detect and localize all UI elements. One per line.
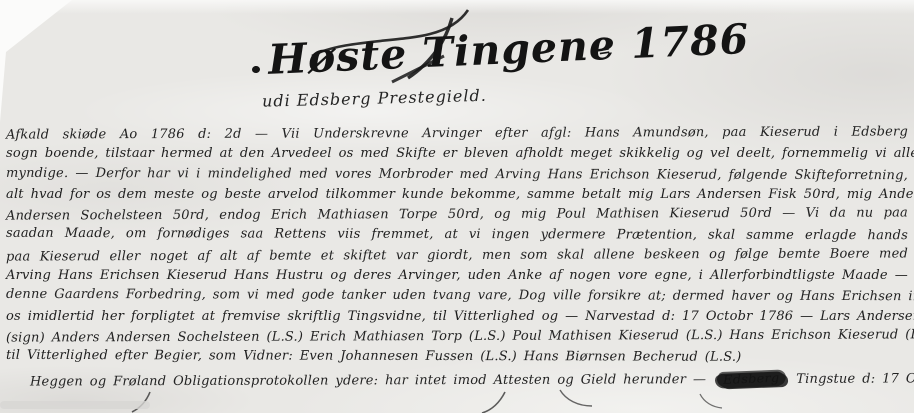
manuscript-line-1: Afkald skiøde Ao 1786 d: 2d — Vii Unders… [6,124,908,147]
manuscript-line-9: denne Gaardens Forbedring, som vi med go… [6,287,908,310]
attestation-text: Heggen og Frøland Obligationsprotokollen… [30,372,706,389]
manuscript-line-2: sogn boende, tilstaar hermed at den Arve… [6,146,908,166]
scan-corner-notch [0,0,120,125]
manuscript-line-8: Arving Hans Erichsen Kieserud Hans Hustr… [6,268,908,288]
manuscript-line-10: os imidlertid her forpligtet at fremvise… [6,309,908,329]
manuscript-line-12: til Vitterlighed efter Begier, som Vidne… [6,348,908,371]
ink-dot [251,65,260,73]
manuscript-line-7: paa Kieserud eller noget af alt af bemte… [6,246,908,269]
document-subtitle: udi Edsberg Prestegield. [262,84,542,110]
manuscript-page: Høste Tingene 1786 = udi Edsberg Presteg… [0,0,914,413]
manuscript-line-6: saadan Maade, om fornødiges saa Rettens … [6,226,908,249]
manuscript-line-4: alt hvad for os dem meste og beste arvel… [6,187,908,207]
attestation-date: Tingstue d: 17 Octobr Ao 1786 — [796,371,914,387]
title-year-superscript: = [597,41,611,60]
scan-edge-strip [0,0,914,14]
struck-out-word: Edsberg [717,371,786,387]
scan-smudge [0,401,150,409]
document-body: Afkald skiøde Ao 1786 d: 2d — Vii Unders… [6,126,908,390]
manuscript-line-3: myndige. — Derfor har vi i mindelighed m… [6,165,908,188]
document-title: Høste Tingene 1786 [267,20,629,84]
attestation-line: Heggen og Frøland Obligationsprotokollen… [30,368,908,391]
